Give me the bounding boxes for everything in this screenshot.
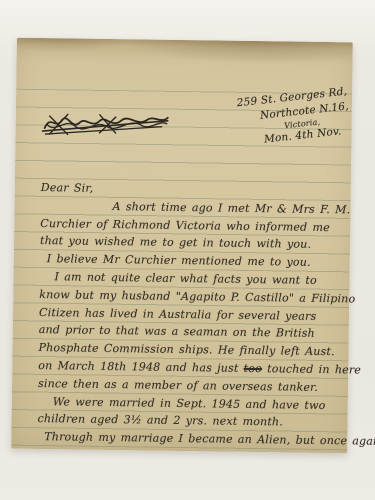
line-pre-text: on March 18th 1948 and has just bbox=[38, 359, 244, 375]
struck-word: too bbox=[244, 362, 262, 375]
letter-body: Dear Sir, A short time ago I met Mr & Mr… bbox=[37, 179, 347, 450]
line-post-text: touched in here bbox=[262, 362, 361, 376]
letter-paper: 259 St. Georges Rd, Northcote N.16, Vict… bbox=[11, 38, 353, 454]
letter-photo: 259 St. Georges Rd, Northcote N.16, Vict… bbox=[0, 0, 375, 500]
crossed-out-name-scribble bbox=[41, 104, 170, 144]
